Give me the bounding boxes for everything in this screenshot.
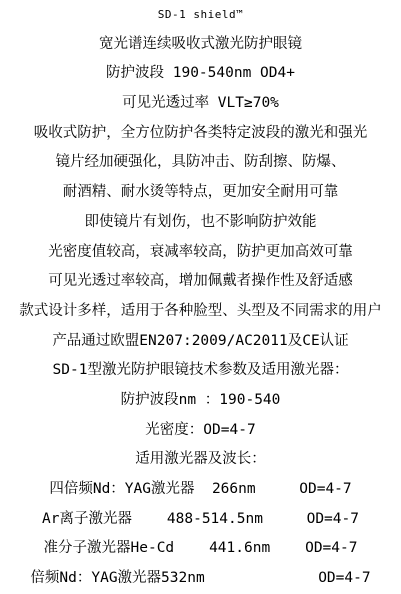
laser-row-excimer-hecd: 准分子激光器He-Cd 441.6nm OD=4-7 [0, 534, 401, 564]
feature-line-absorption: 吸收式防护，全方位防护各类特定波段的激光和强光 [0, 119, 401, 149]
vlt-line: 可见光透过率 VLT≥70% [0, 89, 401, 119]
laser-list-heading: 适用激光器及波长： [0, 445, 401, 475]
spec-optical-density: 光密度：OD=4-7 [0, 416, 401, 446]
laser-row-doubled-ndyag: 倍频Nd：YAG激光器532nm OD=4-7 [0, 564, 401, 594]
laser-row-ar-ion: Ar离子激光器 488-514.5nm OD=4-7 [0, 505, 401, 535]
spec-protection-band: 防护波段nm ：190-540 [0, 386, 401, 416]
product-subtitle: 宽光谱连续吸收式激光防护眼镜 [0, 30, 401, 60]
feature-line-hardened: 镜片经加硬强化，具防冲击、防刮擦、防爆、 [0, 148, 401, 178]
feature-line-density: 光密度值较高，衰减率较高，防护更加高效可靠 [0, 238, 401, 268]
certification-line: 产品通过欧盟EN207:2009/AC2011及CE认证 [0, 327, 401, 357]
document-body: SD-1 shield™宽光谱连续吸收式激光防护眼镜防护波段 190-540nm… [0, 0, 401, 594]
product-title: SD-1 shield™ [0, 0, 401, 30]
feature-line-scratch: 即使镜片有划伤，也不影响防护效能 [0, 208, 401, 238]
protection-band-line: 防护波段 190-540nm OD4+ [0, 59, 401, 89]
laser-row-quadrupled-ndyag: 四倍频Nd：YAG激光器 266nm OD=4-7 [0, 475, 401, 505]
document-page: SD-1 shield™宽光谱连续吸收式激光防护眼镜防护波段 190-540nm… [0, 0, 401, 594]
feature-line-resistance: 耐酒精、耐水烫等特点，更加安全耐用可靠 [0, 178, 401, 208]
feature-line-styles: 款式设计多样，适用于各种脸型、头型及不同需求的用户 [0, 297, 401, 327]
spec-section-heading: SD-1型激光防护眼镜技术参数及适用激光器： [0, 356, 401, 386]
feature-line-comfort: 可见光透过率较高，增加佩戴者操作性及舒适感 [0, 267, 401, 297]
